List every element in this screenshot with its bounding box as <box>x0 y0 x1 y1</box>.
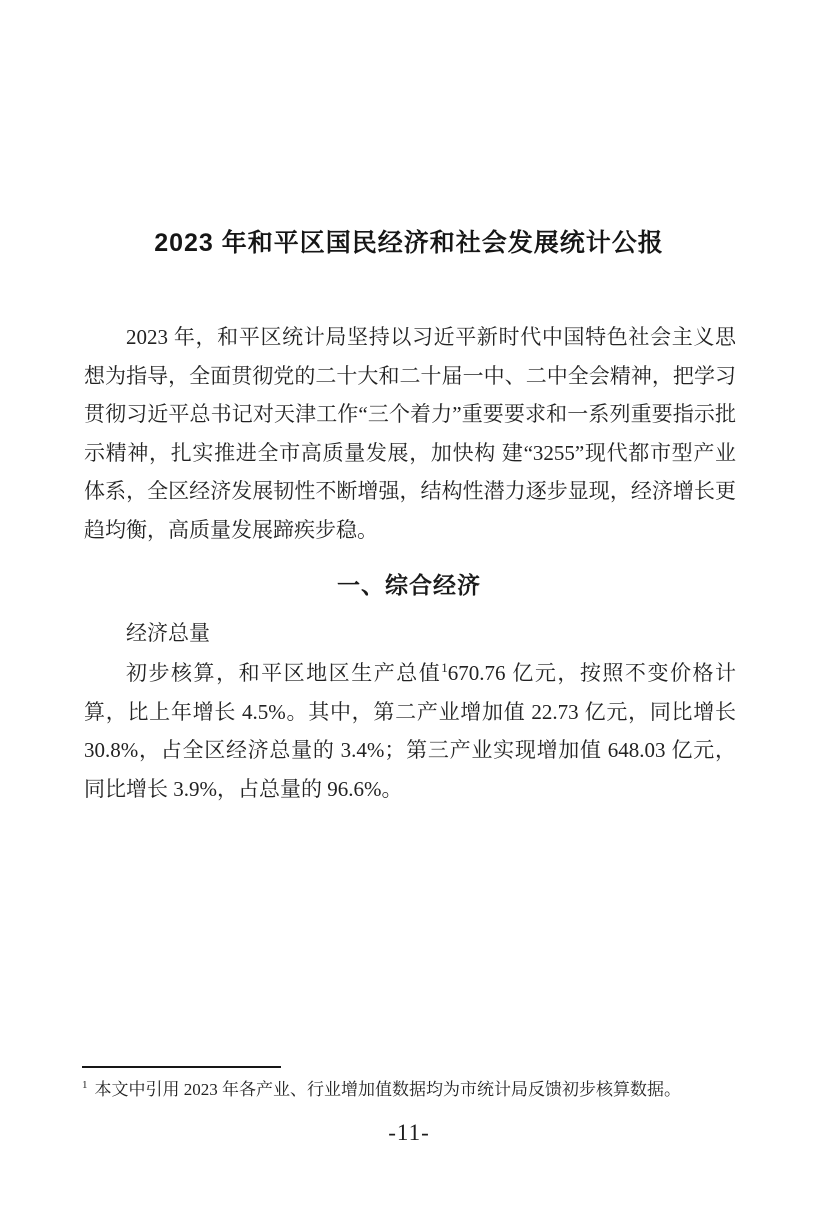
page-title: 2023 年和平区国民经济和社会发展统计公报 <box>0 224 818 262</box>
section-heading: 一、综合经济 <box>0 566 818 604</box>
page-number: -11- <box>0 1118 818 1148</box>
paragraph-text-before-footnote-ref: 初步核算，和平区地区生产总值 <box>126 661 441 685</box>
footnote-text: 本文中引用 2023 年各产业、行业增加值数据均为市统计局反馈初步核算数据。 <box>95 1080 682 1099</box>
footnote-separator-rule <box>82 1066 281 1068</box>
footnote: 1本文中引用 2023 年各产业、行业增加值数据均为市统计局反馈初步核算数据。 <box>82 1076 744 1103</box>
intro-paragraph: 2023 年，和平区统计局坚持以习近平新时代中国特色社会主义思想为指导，全面贯彻… <box>84 318 736 550</box>
economy-paragraph: 初步核算，和平区地区生产总值1670.76 亿元，按照不变价格计算，比上年增长 … <box>84 654 736 808</box>
document-page: 2023 年和平区国民经济和社会发展统计公报 2023 年，和平区统计局坚持以习… <box>0 0 818 1228</box>
footnote-marker: 1 <box>82 1079 88 1091</box>
section-subheading: 经济总量 <box>84 614 736 653</box>
